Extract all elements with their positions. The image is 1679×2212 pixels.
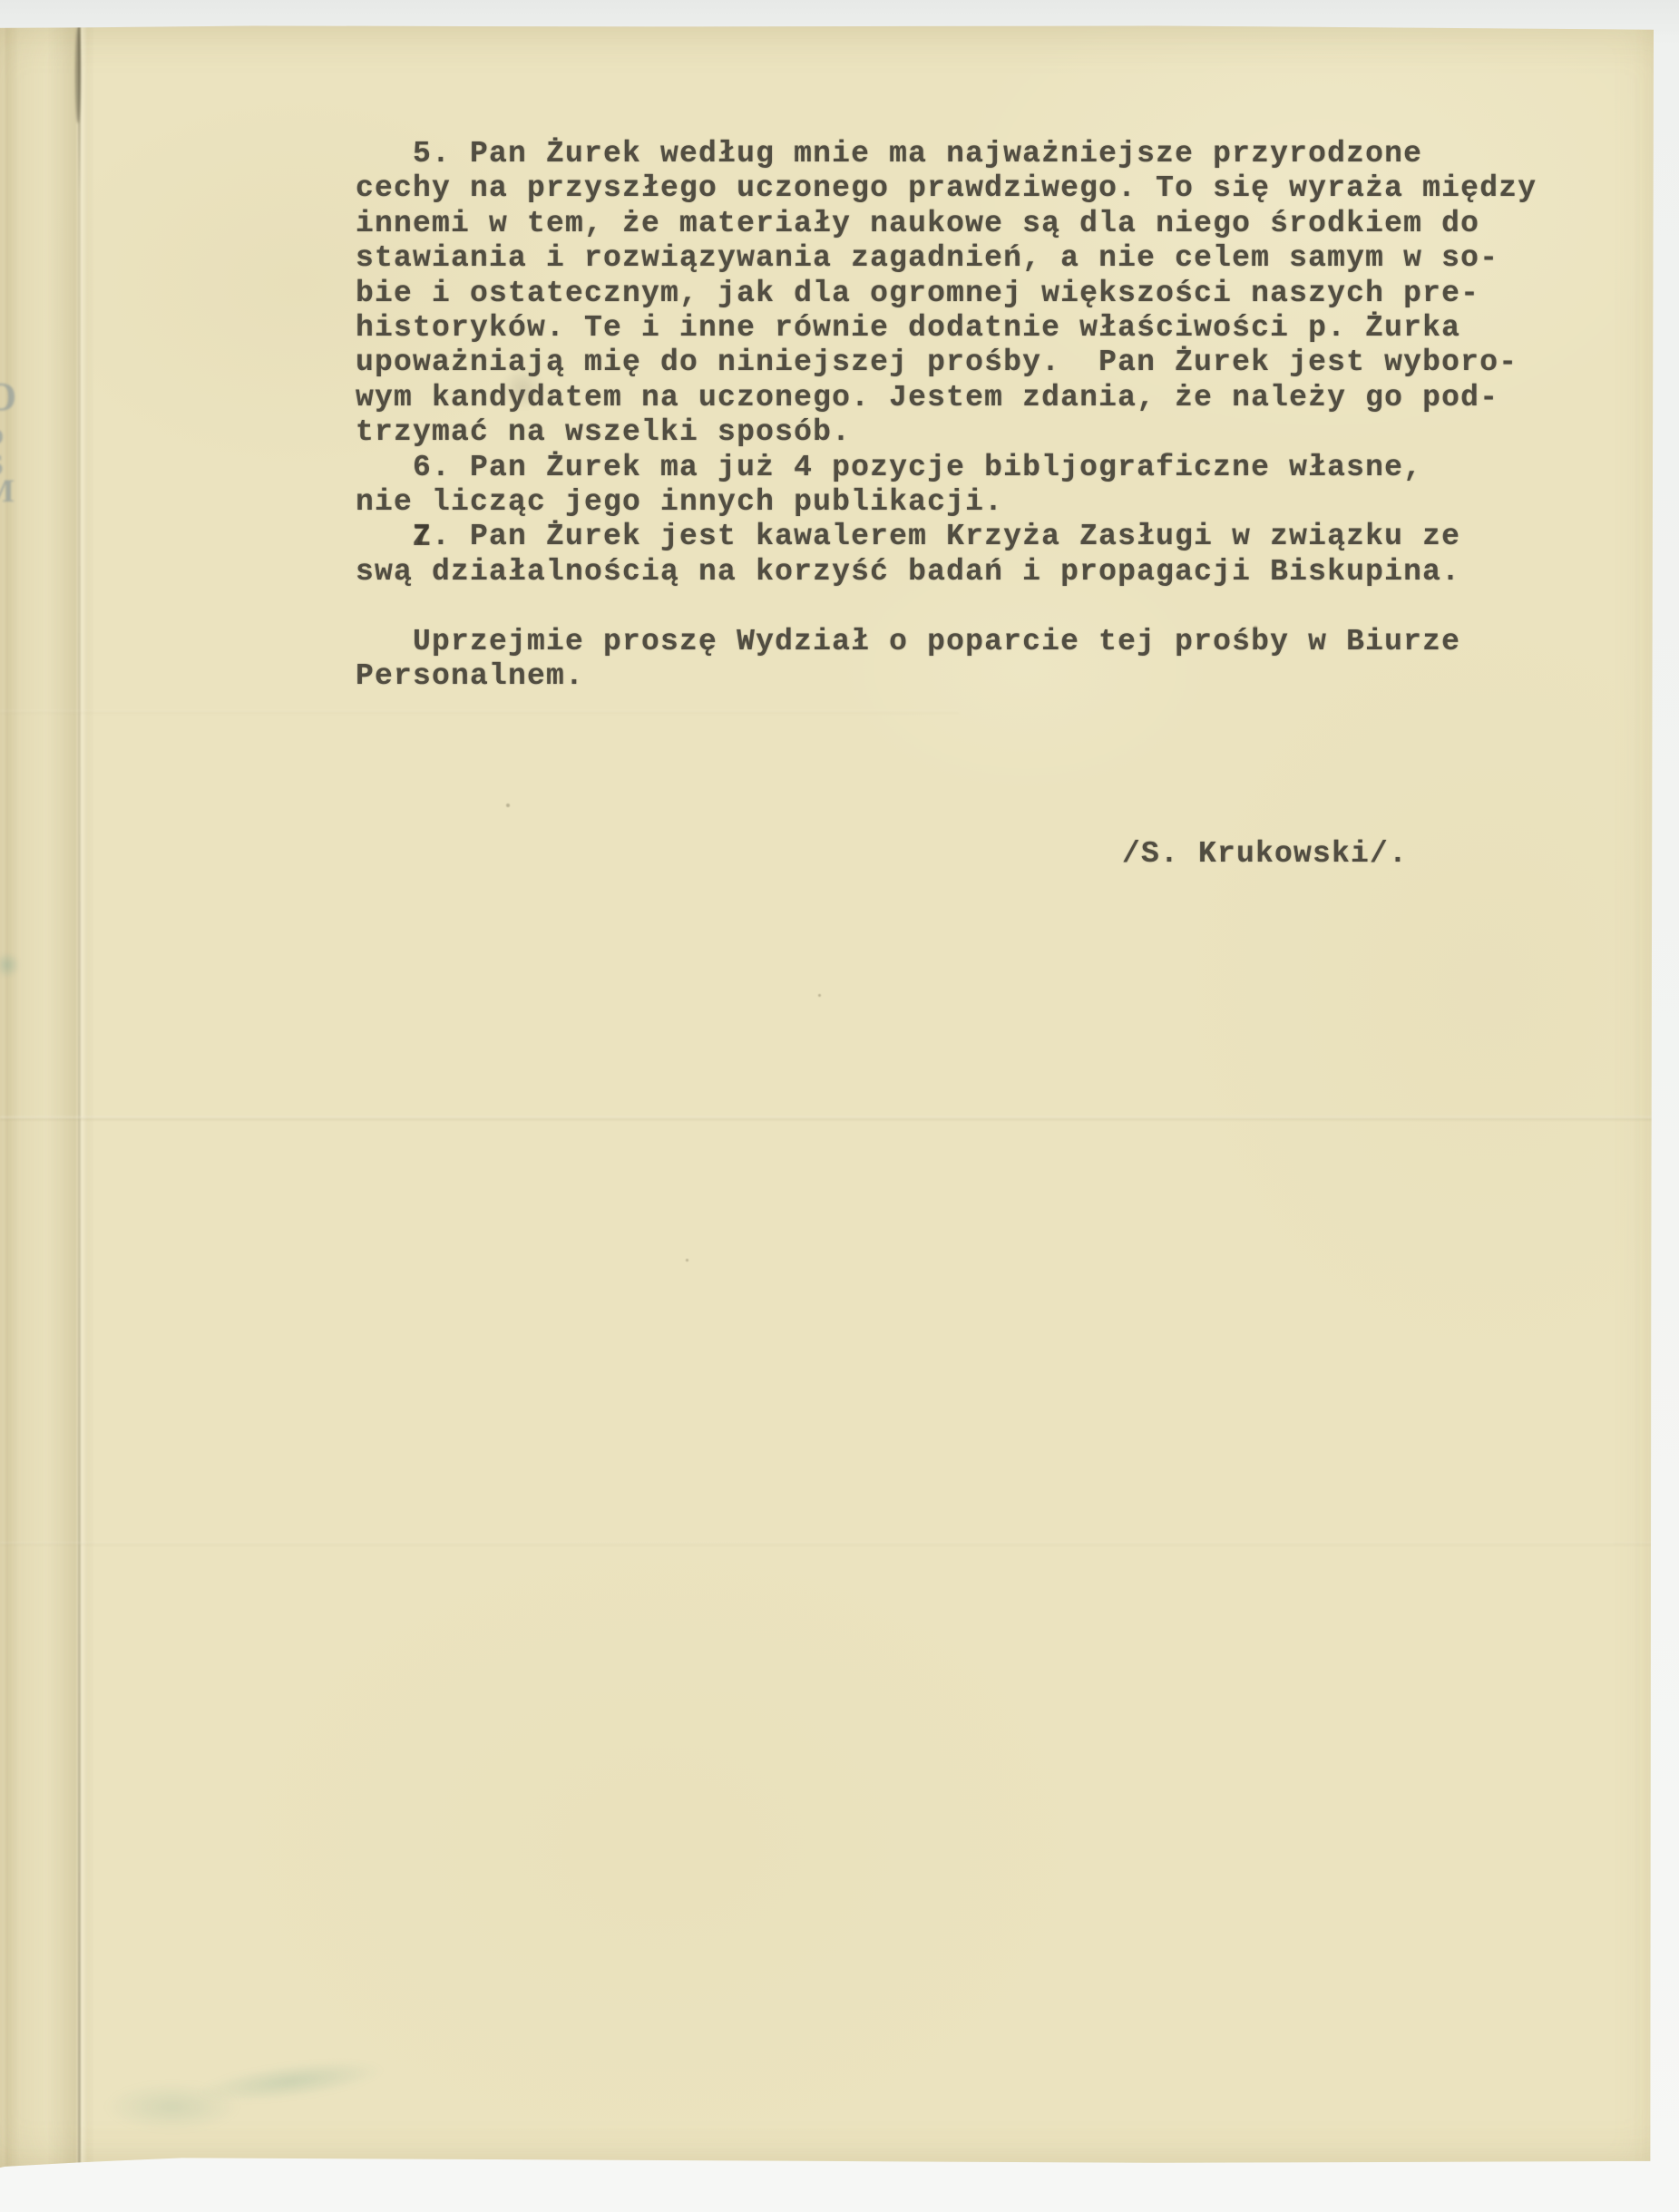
green-ink-smudge (104, 2082, 240, 2131)
gray-smudge (501, 368, 544, 408)
paper-speck (818, 994, 821, 997)
top-crease-mark (75, 25, 81, 123)
signature-line: /S. Krukowski/. (1122, 837, 1408, 872)
left-fold-line (78, 25, 81, 2168)
paper-speck (1254, 626, 1257, 629)
margin-stamp-mark: O (0, 374, 16, 420)
faint-horizontal-crease-upper (0, 710, 959, 714)
typed-body-text: 5. Pan Żurek według mnie ma najważniejsz… (356, 137, 1537, 695)
document-page: 5. Pan Żurek według mnie ma najważniejsz… (0, 25, 1654, 2168)
overstruck-character: Z (413, 521, 431, 555)
faint-horizontal-crease (0, 1542, 1654, 1545)
margin-stamp-mark: o (0, 417, 4, 451)
paper-speck (506, 804, 510, 807)
left-fold-crease (47, 25, 94, 2168)
paper-speck (686, 1259, 688, 1262)
horizontal-fold-crease (0, 1116, 1654, 1120)
scanner-background: { "document": { "language": "Polish", "b… (0, 0, 1679, 2212)
left-edge-crease (5, 25, 18, 2168)
margin-stamp-mark: M (0, 472, 15, 510)
